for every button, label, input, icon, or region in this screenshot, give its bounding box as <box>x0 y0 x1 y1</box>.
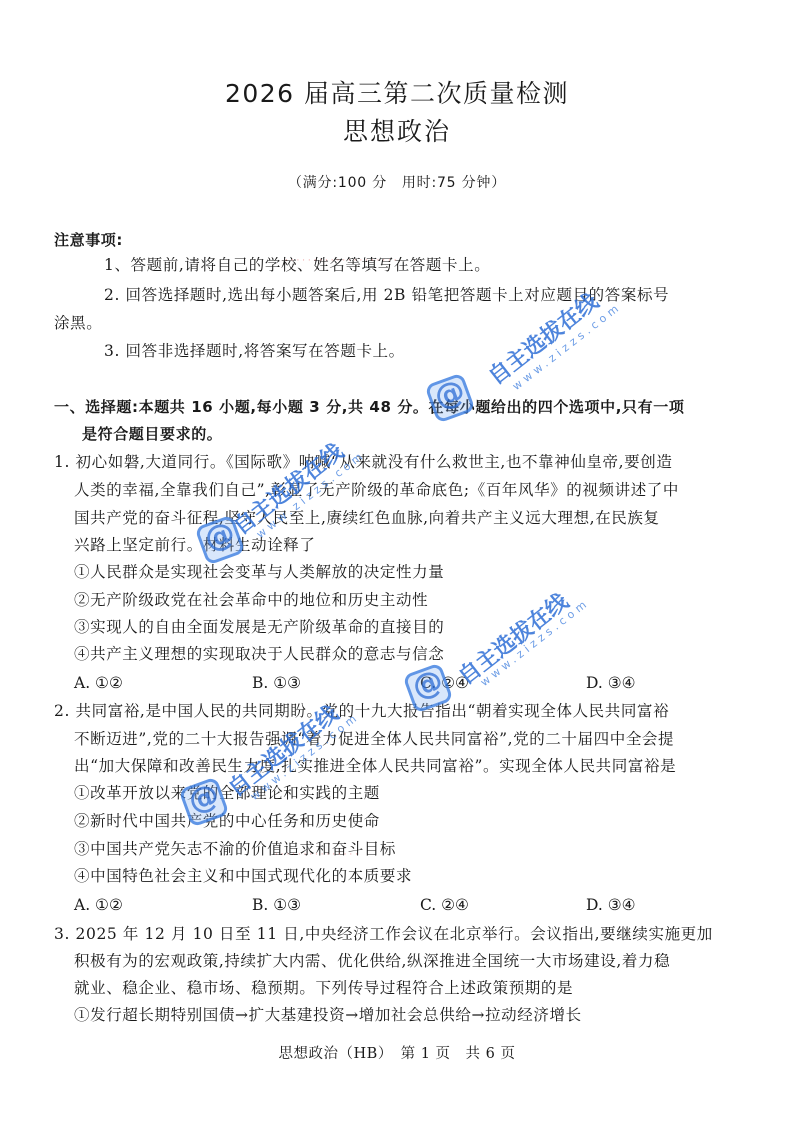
section-heading-cont: 是符合题目要求的。 <box>82 424 222 444</box>
q2-choice-b[interactable]: B. ①③ <box>252 895 301 915</box>
q2-statement: ④中国特色社会主义和中国式现代化的本质要求 <box>74 866 412 886</box>
q1-stem-line: 人类的幸福,全靠我们自己”,彰显了无产阶级的革命底色;《百年风华》的视频讲述了中 <box>74 480 679 500</box>
q1-statement: ①人民群众是实现社会变革与人类解放的决定性力量 <box>74 562 444 582</box>
notice-heading: 注意事项: <box>54 230 123 250</box>
q1-stem-line: 兴路上坚定前行。材料生动诠释了 <box>74 535 316 555</box>
faint-red-mark: · · · · · · · · · · · · · · · · · · · · <box>285 256 397 266</box>
q1-statement: ②无产阶级政党在社会革命中的地位和历史主动性 <box>74 590 428 610</box>
exam-meta: （满分:100 分 用时:75 分钟） <box>0 172 794 192</box>
q2-choice-c[interactable]: C. ②④ <box>420 895 469 915</box>
q1-choice-d[interactable]: D. ③④ <box>586 673 636 693</box>
q1-choice-c[interactable]: C. ②④ <box>420 673 469 693</box>
page-footer: 思想政治（HB） 第 1 页 共 6 页 <box>0 1042 794 1063</box>
q2-choice-a[interactable]: A. ①② <box>74 895 123 915</box>
faint-red-mark: · · · · · · · · · · · · · · · <box>275 850 358 860</box>
q3-stem-line: 3. 2025 年 12 月 10 日至 11 日,中央经济工作会议在北京举行。… <box>54 924 713 944</box>
exam-title: 2026 届高三第二次质量检测 <box>0 74 794 110</box>
notice-item-2: 2. 回答选择题时,选出每小题答案后,用 2B 铅笔把答题卡上对应题目的答案标号 <box>104 285 669 305</box>
exam-subject: 思想政治 <box>0 112 794 148</box>
q2-choice-d[interactable]: D. ③④ <box>586 895 636 915</box>
q2-stem-line: 不断迈进”,党的二十大报告强调“着力促进全体人民共同富裕”,党的二十届四中全会提 <box>74 729 674 749</box>
q1-stem-line: 国共产党的奋斗征程,坚守人民至上,赓续红色血脉,向着共产主义远大理想,在民族复 <box>74 508 660 528</box>
q1-statement: ④共产主义理想的实现取决于人民群众的意志与信念 <box>74 644 444 664</box>
section-heading: 一、选择题:本题共 16 小题,每小题 3 分,共 48 分。在每小题给出的四个… <box>54 397 684 417</box>
q1-statement: ③实现人的自由全面发展是无产阶级革命的直接目的 <box>74 617 444 637</box>
q3-stem-line: 就业、稳企业、稳市场、稳预期。下列传导过程符合上述政策预期的是 <box>74 978 573 998</box>
q2-stem-line: 2. 共同富裕,是中国人民的共同期盼。党的十九大报告指出“朝着实现全体人民共同富… <box>54 701 669 721</box>
q2-stem-line: 出“加大保障和改善民生力度,扎实推进全体人民共同富裕”。实现全体人民共同富裕是 <box>74 756 676 776</box>
q2-statement: ①改革开放以来党的全部理论和实践的主题 <box>74 783 380 803</box>
notice-item-3: 3. 回答非选择题时,将答案写在答题卡上。 <box>104 341 405 361</box>
watermark-url: www.zizzs.com <box>510 300 624 393</box>
q1-choice-a[interactable]: A. ①② <box>74 673 123 693</box>
q3-statement: ①发行超长期特别国债→扩大基建投资→增加社会总供给→拉动经济增长 <box>74 1005 582 1025</box>
q1-stem-line: 1. 初心如磐,大道同行。《国际歌》呐喊“从来就没有什么救世主,也不靠神仙皇帝,… <box>54 452 672 472</box>
q3-stem-line: 积极有为的宏观政策,持续扩大内需、优化供给,纵深推进全国统一大市场建设,着力稳 <box>74 951 670 971</box>
watermark-url: www.zizzs.com <box>478 596 592 689</box>
watermark-brand: 自主选拔在线 <box>451 585 574 691</box>
notice-item-2-cont: 涂黑。 <box>54 313 102 333</box>
q1-choice-b[interactable]: B. ①③ <box>252 673 301 693</box>
q2-statement: ②新时代中国共产党的中心任务和历史使命 <box>74 811 380 831</box>
